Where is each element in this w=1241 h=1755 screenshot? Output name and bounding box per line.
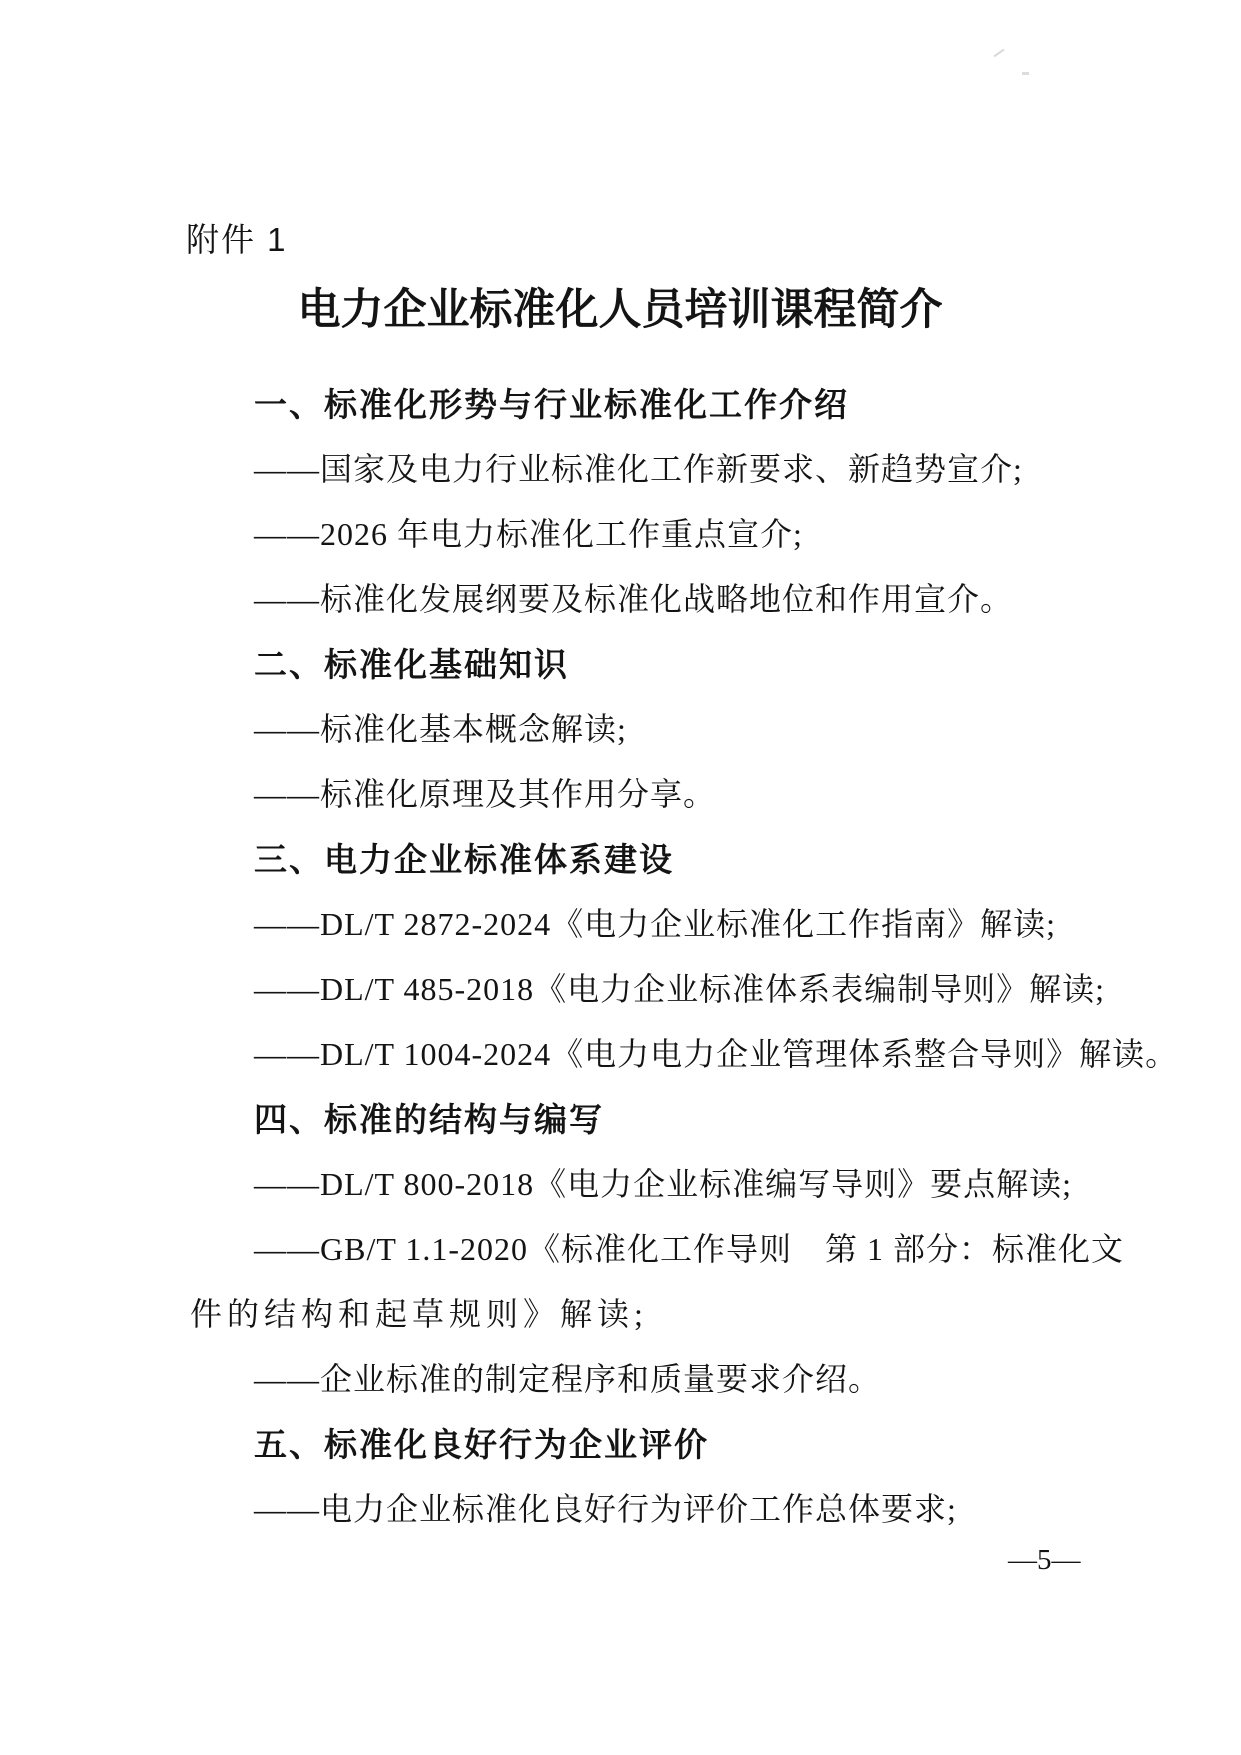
- scan-artifact: [994, 49, 1005, 58]
- course-item-line: ——GB/T 1.1-2020《标准化工作导则 第 1 部分：标准化文: [190, 1217, 1115, 1282]
- document-page: 附件 1 电力企业标准化人员培训课程简介 一、标准化形势与行业标准化工作介绍 —…: [0, 0, 1241, 1755]
- course-item-line: ——标准化发展纲要及标准化战略地位和作用宣介。: [190, 567, 1115, 632]
- course-item-line: ——企业标准的制定程序和质量要求介绍。: [190, 1347, 1115, 1412]
- course-item-line: ——DL/T 800-2018《电力企业标准编写导则》要点解读;: [190, 1152, 1115, 1217]
- heading-section-3: 三、电力企业标准体系建设: [190, 827, 1115, 892]
- course-item-line: ——DL/T 485-2018《电力企业标准体系表编制导则》解读;: [190, 957, 1115, 1022]
- course-item-line: ——DL/T 1004-2024《电力电力企业管理体系整合导则》解读。: [190, 1022, 1115, 1087]
- continuation-line: 件的结构和起草规则》解读;: [190, 1282, 1115, 1347]
- course-item-line: ——电力企业标准化良好行为评价工作总体要求;: [190, 1477, 1115, 1542]
- heading-section-4: 四、标准的结构与编写: [190, 1087, 1115, 1152]
- course-item-line: ——DL/T 2872-2024《电力企业标准化工作指南》解读;: [190, 892, 1115, 957]
- page-number: —5—: [1008, 1544, 1081, 1577]
- heading-section-5: 五、标准化良好行为企业评价: [190, 1412, 1115, 1477]
- document-title: 电力企业标准化人员培训课程简介: [190, 276, 1050, 337]
- attachment-label: 附件 1: [186, 214, 288, 261]
- heading-section-2: 二、标准化基础知识: [190, 632, 1115, 697]
- course-item-line: ——标准化基本概念解读;: [190, 697, 1115, 762]
- scan-artifact: [1022, 72, 1029, 75]
- course-item-line: ——标准化原理及其作用分享。: [190, 762, 1115, 827]
- document-body: 一、标准化形势与行业标准化工作介绍 ——国家及电力行业标准化工作新要求、新趋势宣…: [190, 372, 1115, 1542]
- course-item-line: ——2026 年电力标准化工作重点宣介;: [190, 502, 1115, 567]
- course-item-line: ——国家及电力行业标准化工作新要求、新趋势宣介;: [190, 437, 1115, 502]
- heading-section-1: 一、标准化形势与行业标准化工作介绍: [190, 372, 1115, 437]
